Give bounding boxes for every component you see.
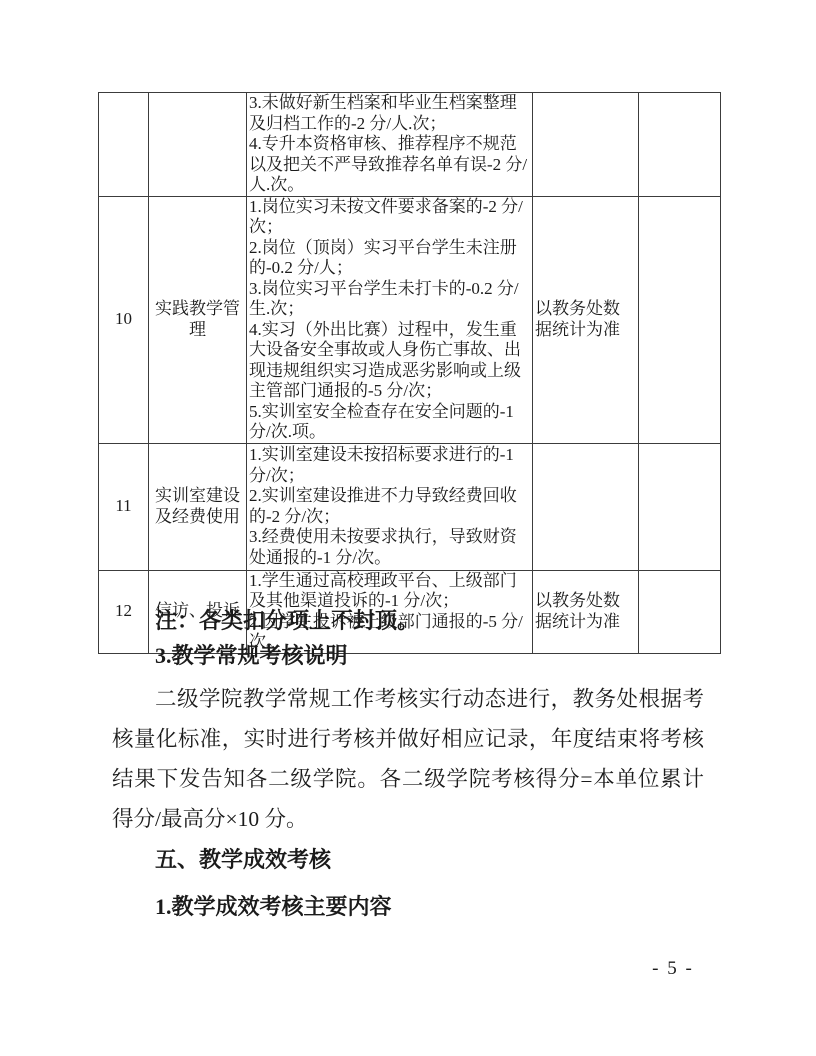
row-score bbox=[639, 196, 721, 443]
row-category: 实践教学管理 bbox=[149, 196, 247, 443]
row-number: 11 bbox=[99, 443, 149, 570]
section-5-heading: 五、教学成效考核 bbox=[112, 845, 704, 875]
deduction-table: 3.未做好新生档案和毕业生档案整理及归档工作的-2 分/人.次； 4.专升本资格… bbox=[98, 92, 721, 654]
row-category: 实训室建设及经费使用 bbox=[149, 443, 247, 570]
section-5-subheading: 1.教学成效考核主要内容 bbox=[112, 892, 704, 922]
row-score bbox=[639, 443, 721, 570]
row-basis bbox=[533, 443, 639, 570]
document-page: 3.未做好新生档案和毕业生档案整理及归档工作的-2 分/人.次； 4.专升本资格… bbox=[0, 0, 816, 1056]
row-basis: 以教务处数据统计为准 bbox=[533, 196, 639, 443]
row-content: 1.岗位实习未按文件要求备案的-2 分/次； 2.岗位（顶岗）实习平台学生未注册… bbox=[247, 196, 533, 443]
row-basis bbox=[533, 93, 639, 197]
section-3-paragraph: 二级学院教学常规工作考核实行动态进行，教务处根据考核量化标准，实时进行考核并做好… bbox=[112, 679, 704, 839]
row-content: 3.未做好新生档案和毕业生档案整理及归档工作的-2 分/人.次； 4.专升本资格… bbox=[247, 93, 533, 197]
section-3-heading: 3.教学常规考核说明 bbox=[112, 641, 704, 671]
row-category bbox=[149, 93, 247, 197]
table-note: 注：各类扣分项上不封顶。 bbox=[112, 606, 704, 636]
row-number: 10 bbox=[99, 196, 149, 443]
table-row: 3.未做好新生档案和毕业生档案整理及归档工作的-2 分/人.次； 4.专升本资格… bbox=[99, 93, 721, 197]
table-row: 10 实践教学管理 1.岗位实习未按文件要求备案的-2 分/次； 2.岗位（顶岗… bbox=[99, 196, 721, 443]
row-score bbox=[639, 93, 721, 197]
table-row: 11 实训室建设及经费使用 1.实训室建设未按招标要求进行的-1 分/次； 2.… bbox=[99, 443, 721, 570]
page-number: - 5 - bbox=[628, 958, 718, 980]
row-number bbox=[99, 93, 149, 197]
row-content: 1.实训室建设未按招标要求进行的-1 分/次； 2.实训室建设推进不力导致经费回… bbox=[247, 443, 533, 570]
